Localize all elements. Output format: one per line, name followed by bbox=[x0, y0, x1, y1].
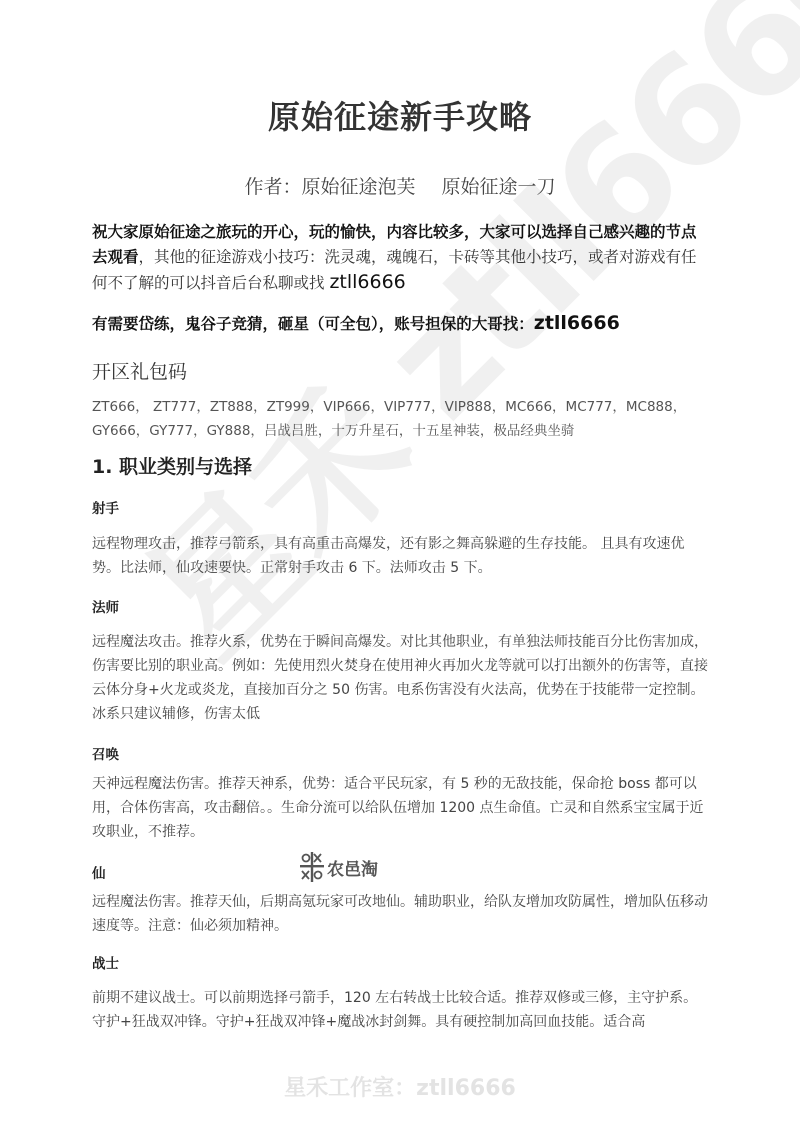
logo-watermark: 农邑淘 bbox=[300, 852, 378, 882]
class-desc-immortal: 远程魔法伤害。推荐天仙，后期高氪玩家可改地仙。辅助职业，给队友增加攻防属性，增加… bbox=[92, 890, 710, 938]
contact-handle: ztll6666 bbox=[534, 312, 620, 334]
section-heading: 1. 职业类别与选择 bbox=[92, 452, 252, 479]
class-title-immortal: 仙 bbox=[92, 862, 106, 882]
class-desc-summoner: 天神远程魔法伤害。推荐天神系，优势：适合平民玩家，有 5 秒的无敌技能，保命抢 … bbox=[92, 772, 710, 844]
intro-handle: ztll6666 bbox=[329, 271, 405, 293]
grid-xo-icon bbox=[300, 852, 324, 882]
class-title-archer: 射手 bbox=[92, 497, 119, 517]
gift-code-list: ZT666， ZT777，ZT888，ZT999，VIP666，VIP777，V… bbox=[92, 395, 707, 443]
footer-watermark: 星禾工作室：ztll6666 bbox=[0, 1071, 800, 1102]
class-title-warrior: 战士 bbox=[92, 952, 119, 972]
gift-code-line-2: GY666，GY777，GY888，吕战吕胜，十万升星石，十五星神装，极品经典坐… bbox=[92, 419, 707, 443]
class-desc-archer: 远程物理攻击，推荐弓箭系，具有高重击高爆发，还有影之舞高躲避的生存技能。 且具有… bbox=[92, 532, 710, 580]
contact-text: 有需要岱练，鬼谷子竞猜，砸星（可全包），账号担保的大哥找： bbox=[92, 315, 534, 333]
class-desc-warrior: 前期不建议战士。可以前期选择弓箭手，120 左右转战士比较合适。推荐双修或三修，… bbox=[92, 986, 710, 1034]
gift-code-heading: 开区礼包码 bbox=[92, 357, 187, 384]
authors-line: 作者：原始征途泡芙 原始征途一刀 bbox=[0, 172, 800, 199]
class-desc-mage: 远程魔法攻击。推荐火系，优势在于瞬间高爆发。对比其他职业，有单独法师技能百分比伤… bbox=[92, 630, 710, 726]
contact-line: 有需要岱练，鬼谷子竞猜，砸星（可全包），账号担保的大哥找：ztll6666 bbox=[92, 312, 707, 334]
author-1: 作者：原始征途泡芙 bbox=[244, 176, 415, 198]
class-title-mage: 法师 bbox=[92, 596, 119, 616]
logo-text: 农邑淘 bbox=[327, 855, 378, 880]
gift-code-line-1: ZT666， ZT777，ZT888，ZT999，VIP666，VIP777，V… bbox=[92, 395, 707, 419]
document-title: 原始征途新手攻略 bbox=[0, 92, 800, 138]
intro-paragraph: 祝大家原始征途之旅玩的开心，玩的愉快，内容比较多，大家可以选择自己感兴趣的节点去… bbox=[92, 220, 707, 296]
class-title-summoner: 召唤 bbox=[92, 743, 119, 763]
document-page: 星禾 ztll6666 原始征途新手攻略 作者：原始征途泡芙 原始征途一刀 祝大… bbox=[0, 0, 800, 1131]
author-2: 原始征途一刀 bbox=[442, 176, 556, 198]
